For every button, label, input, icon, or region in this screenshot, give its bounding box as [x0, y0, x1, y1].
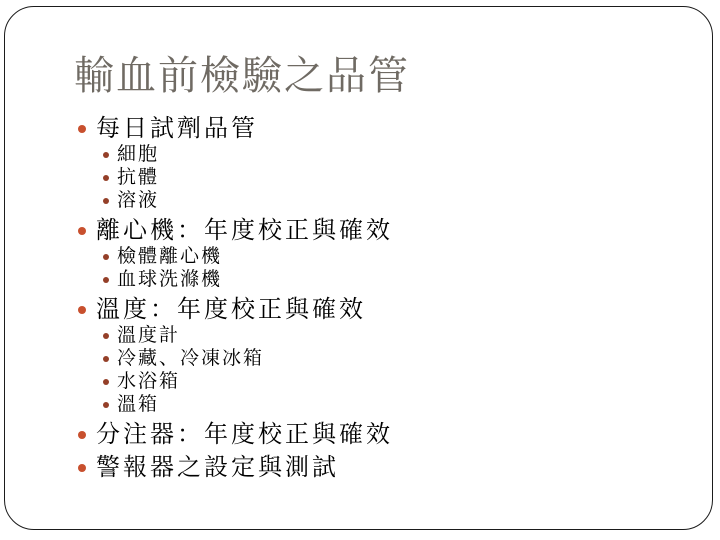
list-item-label: 檢體離心機 [117, 245, 222, 268]
list-item-level1: 分注器：年度校正與確效 [78, 421, 684, 449]
list-item-level2: 冷藏、冷凍冰箱 [103, 347, 684, 370]
bullet-icon [103, 152, 109, 158]
bullet-icon [103, 277, 109, 283]
bullet-icon [78, 125, 86, 133]
list-item-label: 抗體 [117, 166, 159, 189]
list-item-label: 離心機：年度校正與確效 [96, 217, 393, 245]
list-item-label: 分注器：年度校正與確效 [96, 421, 393, 449]
list-item-level1: 警報器之設定與測試 [78, 454, 684, 482]
list-item-label: 血球洗滌機 [117, 268, 222, 291]
bullet-list: 每日試劑品管 細胞 抗體 溶液 離心機：年度校正與確效 檢體離心機 血球洗滌機 [78, 110, 684, 482]
list-item-label: 冷藏、冷凍冰箱 [117, 347, 264, 370]
list-item-level2: 抗體 [103, 166, 684, 189]
list-item-level2: 檢體離心機 [103, 245, 684, 268]
list-item-level2: 細胞 [103, 143, 684, 166]
list-item-label: 每日試劑品管 [96, 115, 258, 143]
bullet-icon [78, 431, 86, 439]
list-item-level2: 血球洗滌機 [103, 268, 684, 291]
bullet-icon [103, 356, 109, 362]
list-item-level2: 溫度計 [103, 324, 684, 347]
list-item-label: 溫度計 [117, 324, 180, 347]
list-item-level1: 每日試劑品管 [78, 115, 684, 143]
list-item-level1: 離心機：年度校正與確效 [78, 217, 684, 245]
bullet-icon [78, 227, 86, 235]
bullet-icon [103, 254, 109, 260]
list-item-level2: 溶液 [103, 189, 684, 212]
bullet-icon [78, 306, 86, 314]
list-item-label: 警報器之設定與測試 [96, 454, 339, 482]
slide-title: 輸血前檢驗之品管 [74, 52, 410, 100]
bullet-icon [103, 175, 109, 181]
list-item-level1: 溫度：年度校正與確效 [78, 296, 684, 324]
slide-canvas: 輸血前檢驗之品管 每日試劑品管 細胞 抗體 溶液 離心機：年度校正與確效 檢體離… [0, 0, 720, 540]
bullet-icon [103, 333, 109, 339]
bullet-icon [103, 379, 109, 385]
list-item-level2: 溫箱 [103, 393, 684, 416]
list-item-label: 溫箱 [117, 393, 159, 416]
list-item-level2: 水浴箱 [103, 370, 684, 393]
list-item-label: 水浴箱 [117, 370, 180, 393]
list-item-label: 溶液 [117, 189, 159, 212]
bullet-icon [103, 198, 109, 204]
bullet-icon [103, 402, 109, 408]
bullet-icon [78, 464, 86, 472]
list-item-label: 細胞 [117, 143, 159, 166]
list-item-label: 溫度：年度校正與確效 [96, 296, 366, 324]
